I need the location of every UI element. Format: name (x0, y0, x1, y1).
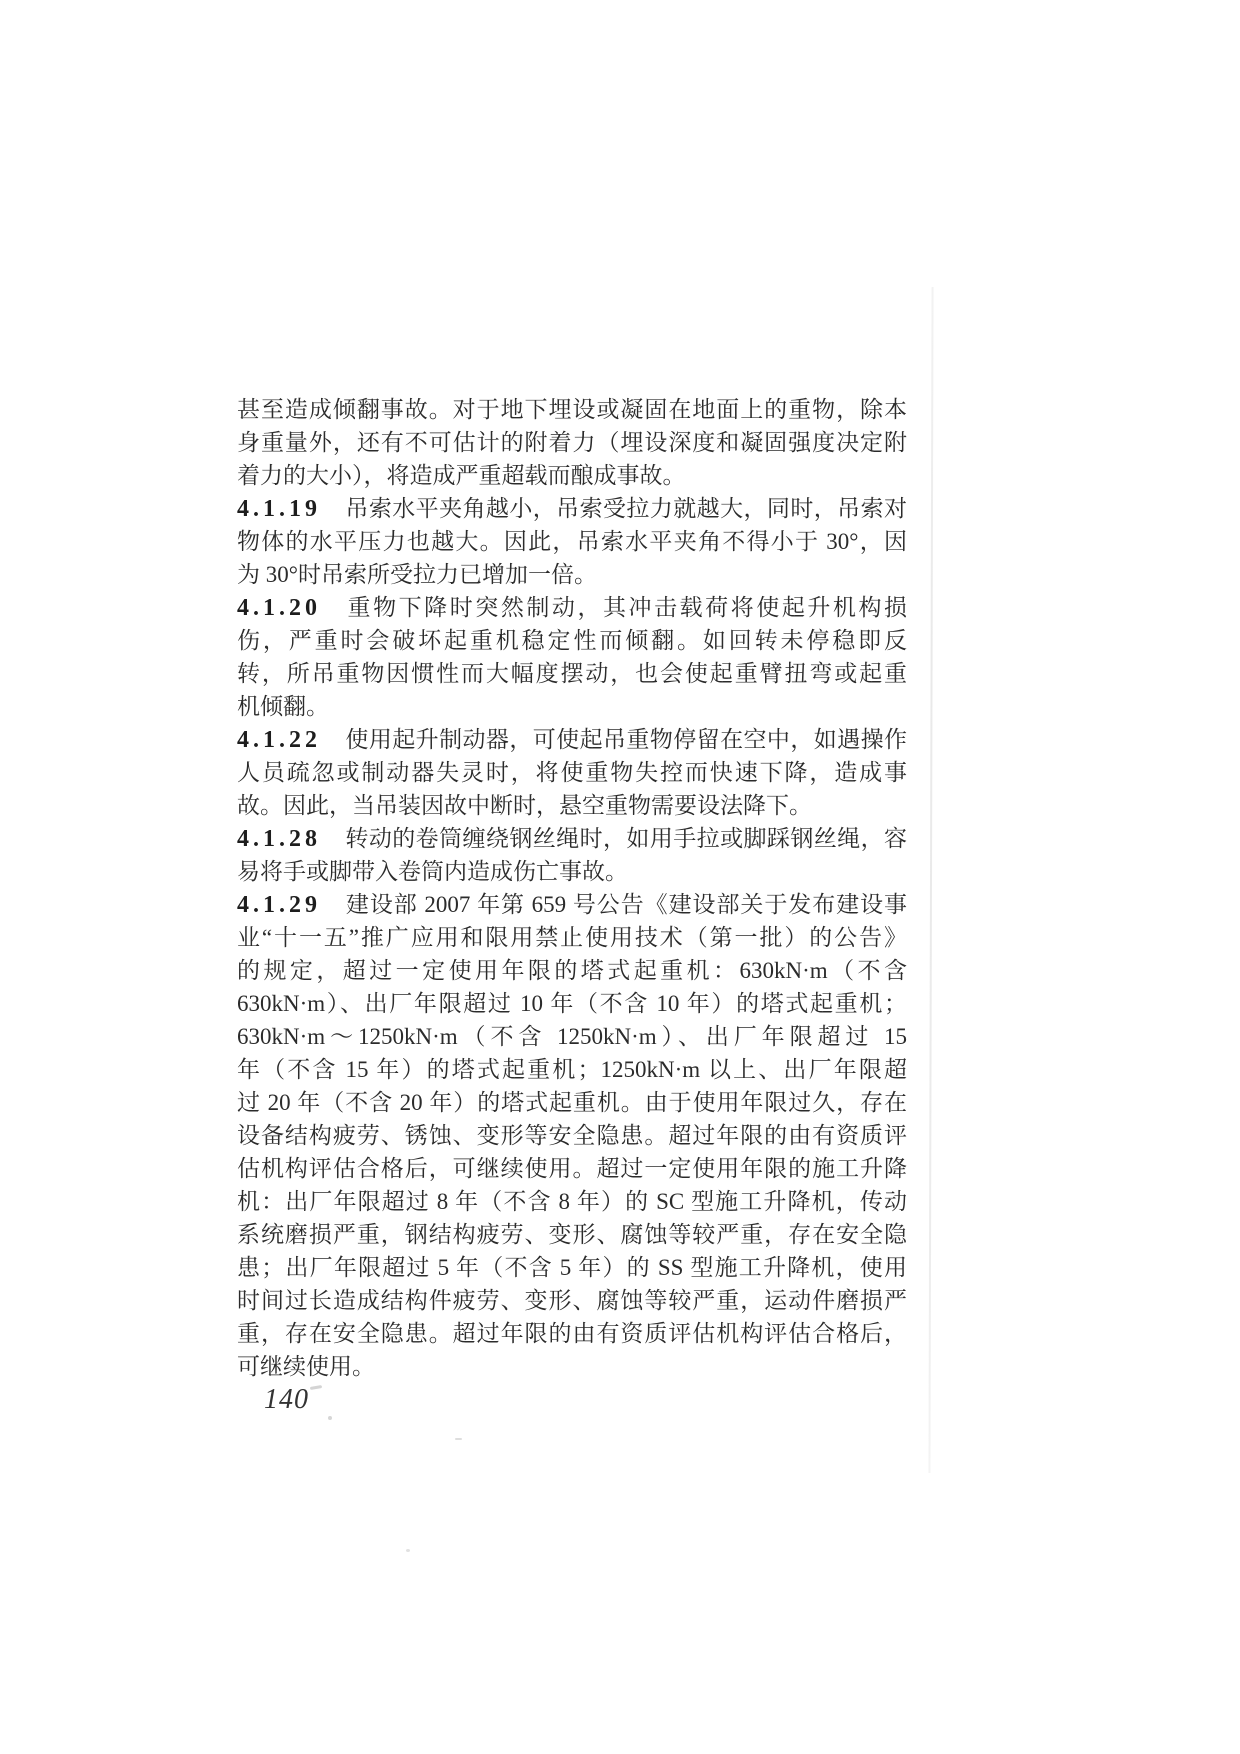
scan-speck (310, 1385, 322, 1390)
text-line: 着力的大小），将造成严重超载而酿成事故。 (237, 459, 907, 492)
scan-speck (406, 1549, 410, 1552)
text-line: 设备结构疲劳、锈蚀、变形等安全隐患。超过年限的由有资质评 (237, 1119, 907, 1152)
text-line-content: 设备结构疲劳、锈蚀、变形等安全隐患。超过年限的由有资质评 (237, 1123, 907, 1148)
text-line: 的规定，超过一定使用年限的塔式起重机：630kN·m（不含 (237, 954, 907, 987)
text-line: 人员疏忽或制动器失灵时，将使重物失控而快速下降，造成事 (237, 756, 907, 789)
text-line: 易将手或脚带入卷筒内造成伤亡事故。 (237, 855, 907, 888)
section-number: 4.1.28 (237, 826, 321, 852)
text-line: 机：出厂年限超过 8 年（不含 8 年）的 SC 型施工升降机，传动 (237, 1185, 907, 1218)
text-line: 系统磨损严重，钢结构疲劳、变形、腐蚀等较严重，存在安全隐 (237, 1218, 907, 1251)
text-line-content: 转动的卷筒缠绕钢丝绳时，如用手拉或脚踩钢丝绳，容 (345, 826, 907, 851)
text-line: 时间过长造成结构件疲劳、变形、腐蚀等较严重，运动件磨损严 (237, 1284, 907, 1317)
text-line: 630kN·m）、出厂年限超过 10 年（不含 10 年）的塔式起重机； (237, 987, 907, 1020)
text-line: 故。因此，当吊装因故中断时，悬空重物需要设法降下。 (237, 789, 907, 822)
text-line-content: 重物下降时突然制动，其冲击载荷将使起升机构损 (345, 595, 907, 620)
page-number: 140 (264, 1384, 309, 1416)
text-line-content: 时间过长造成结构件疲劳、变形、腐蚀等较严重，运动件磨损严 (237, 1288, 907, 1313)
text-line-content: 机：出厂年限超过 8 年（不含 8 年）的 SC 型施工升降机，传动 (237, 1189, 907, 1214)
text-line-content: 转，所吊重物因惯性而大幅度摆动，也会使起重臂扭弯或起重 (237, 661, 907, 686)
scan-page-edge-line (928, 287, 933, 1473)
text-line-content: 可继续使用。 (237, 1354, 375, 1379)
text-line: 重，存在安全隐患。超过年限的由有资质评估机构评估合格后， (237, 1317, 907, 1350)
document-page: 甚至造成倾翻事故。对于地下埋设或凝固在地面上的重物，除本身重量外，还有不可估计的… (0, 0, 1240, 1754)
section-number: 4.1.22 (237, 727, 321, 753)
text-line: 630kN·m～1250kN·m（不含 1250kN·m）、出厂年限超过 15 (237, 1020, 907, 1053)
text-line-content: 估机构评估合格后，可继续使用。超过一定使用年限的施工升降 (237, 1156, 907, 1181)
text-line-content: 的规定，超过一定使用年限的塔式起重机：630kN·m（不含 (237, 958, 907, 983)
text-line-content: 患；出厂年限超过 5 年（不含 5 年）的 SS 型施工升降机，使用 (237, 1255, 907, 1280)
text-line-content: 甚至造成倾翻事故。对于地下埋设或凝固在地面上的重物，除本 (237, 397, 907, 422)
text-line: 机倾翻。 (237, 690, 907, 723)
text-line: 4.1.19吊索水平夹角越小，吊索受拉力就越大，同时，吊索对 (237, 492, 907, 525)
text-line-content: 身重量外，还有不可估计的附着力（埋设深度和凝固强度决定附 (237, 430, 907, 455)
section-number: 4.1.20 (237, 595, 321, 621)
body-text: 甚至造成倾翻事故。对于地下埋设或凝固在地面上的重物，除本身重量外，还有不可估计的… (237, 393, 907, 1383)
text-line-content: 故。因此，当吊装因故中断时，悬空重物需要设法降下。 (237, 793, 812, 818)
text-line-content: 630kN·m）、出厂年限超过 10 年（不含 10 年）的塔式起重机； (237, 991, 907, 1016)
text-line: 身重量外，还有不可估计的附着力（埋设深度和凝固强度决定附 (237, 426, 907, 459)
text-line-content: 机倾翻。 (237, 694, 329, 719)
text-line: 年（不含 15 年）的塔式起重机；1250kN·m 以上、出厂年限超 (237, 1053, 907, 1086)
text-line: 4.1.22使用起升制动器，可使起吊重物停留在空中，如遇操作 (237, 723, 907, 756)
text-line-content: 业“十一五”推广应用和限用禁止使用技术（第一批）的公告》 (237, 925, 907, 950)
text-line-content: 建设部 2007 年第 659 号公告《建设部关于发布建设事 (345, 892, 907, 917)
text-line: 估机构评估合格后，可继续使用。超过一定使用年限的施工升降 (237, 1152, 907, 1185)
text-line-content: 年（不含 15 年）的塔式起重机；1250kN·m 以上、出厂年限超 (237, 1057, 907, 1082)
text-line: 患；出厂年限超过 5 年（不含 5 年）的 SS 型施工升降机，使用 (237, 1251, 907, 1284)
text-line-content: 吊索水平夹角越小，吊索受拉力就越大，同时，吊索对 (345, 496, 907, 521)
text-line-content: 过 20 年（不含 20 年）的塔式起重机。由于使用年限过久，存在 (237, 1090, 907, 1115)
text-line: 4.1.29建设部 2007 年第 659 号公告《建设部关于发布建设事 (237, 888, 907, 921)
text-line: 业“十一五”推广应用和限用禁止使用技术（第一批）的公告》 (237, 921, 907, 954)
text-line: 可继续使用。 (237, 1350, 907, 1383)
section-number: 4.1.29 (237, 892, 321, 918)
text-line-content: 为 30°时吊索所受拉力已增加一倍。 (237, 562, 597, 587)
text-line-content: 人员疏忽或制动器失灵时，将使重物失控而快速下降，造成事 (237, 760, 907, 785)
text-line-content: 伤，严重时会破坏起重机稳定性而倾翻。如回转未停稳即反 (237, 628, 907, 653)
text-line: 转，所吊重物因惯性而大幅度摆动，也会使起重臂扭弯或起重 (237, 657, 907, 690)
text-line-content: 物体的水平压力也越大。因此，吊索水平夹角不得小于 30°，因 (237, 529, 907, 554)
scan-speck (328, 1416, 332, 1420)
text-line-content: 系统磨损严重，钢结构疲劳、变形、腐蚀等较严重，存在安全隐 (237, 1222, 907, 1247)
text-line: 4.1.28转动的卷筒缠绕钢丝绳时，如用手拉或脚踩钢丝绳，容 (237, 822, 907, 855)
text-line: 伤，严重时会破坏起重机稳定性而倾翻。如回转未停稳即反 (237, 624, 907, 657)
text-line-content: 着力的大小），将造成严重超载而酿成事故。 (237, 463, 686, 488)
scan-speck (455, 1438, 462, 1440)
text-line: 甚至造成倾翻事故。对于地下埋设或凝固在地面上的重物，除本 (237, 393, 907, 426)
text-line: 为 30°时吊索所受拉力已增加一倍。 (237, 558, 907, 591)
text-line-content: 易将手或脚带入卷筒内造成伤亡事故。 (237, 859, 628, 884)
text-line: 物体的水平压力也越大。因此，吊索水平夹角不得小于 30°，因 (237, 525, 907, 558)
text-line: 4.1.20重物下降时突然制动，其冲击载荷将使起升机构损 (237, 591, 907, 624)
text-line: 过 20 年（不含 20 年）的塔式起重机。由于使用年限过久，存在 (237, 1086, 907, 1119)
text-line-content: 630kN·m～1250kN·m（不含 1250kN·m）、出厂年限超过 15 (237, 1024, 907, 1049)
text-line-content: 重，存在安全隐患。超过年限的由有资质评估机构评估合格后， (237, 1321, 907, 1346)
section-number: 4.1.19 (237, 496, 321, 522)
text-line-content: 使用起升制动器，可使起吊重物停留在空中，如遇操作 (345, 727, 907, 752)
